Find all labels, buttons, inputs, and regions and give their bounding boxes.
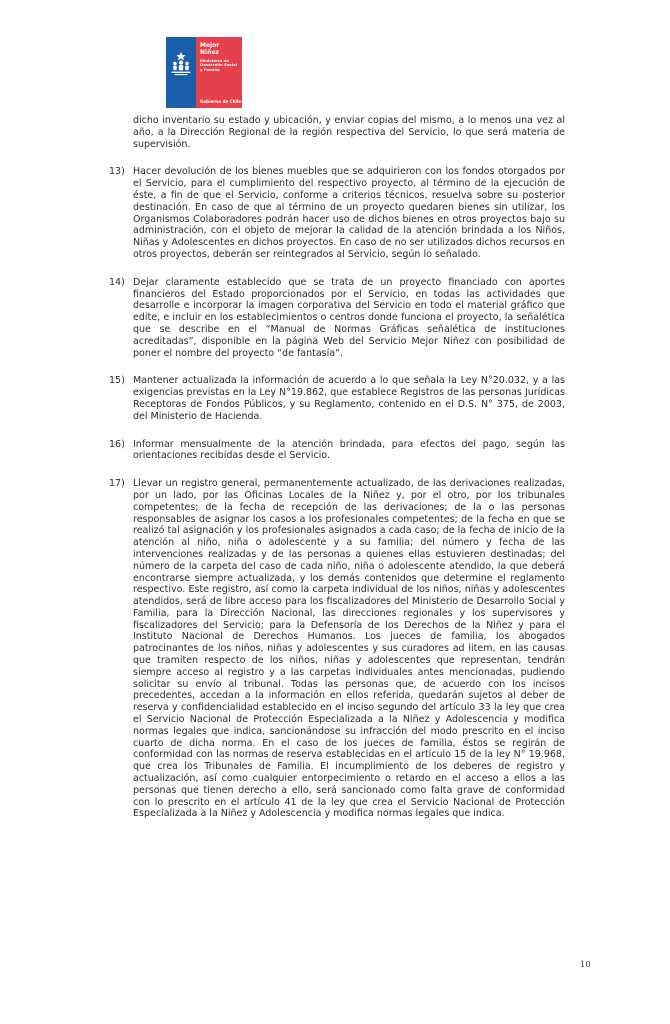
logo-brand-text: Mejor Niñez: [200, 42, 239, 56]
logo-government-text: Gobierno de Chile: [200, 99, 239, 104]
item-14-text: Dejar claramente establecido que se trat…: [133, 277, 565, 360]
chile-coat-of-arms-icon: [170, 37, 192, 82]
item-16-text: Informar mensualmente de la atención bri…: [133, 439, 565, 463]
item-13-text: Hacer devolución de los bienes muebles q…: [133, 166, 565, 260]
item-15-text: Mantener actualizada la información de a…: [133, 375, 565, 422]
logo-red-panel: Mejor Niñez Ministerio de Desarrollo Soc…: [196, 37, 242, 108]
item-17-text: Llevar un registro general, permanenteme…: [133, 478, 565, 820]
document-body: dicho inventario su estado y ubicación, …: [133, 115, 565, 820]
intro-paragraph: dicho inventario su estado y ubicación, …: [133, 115, 565, 150]
item-13-number: 13): [109, 166, 125, 178]
item-17-number: 17): [109, 478, 125, 490]
list-item-14: 14) Dejar claramente establecido que se …: [133, 277, 565, 360]
mejor-ninez-logo: Mejor Niñez Ministerio de Desarrollo Soc…: [166, 37, 242, 108]
logo-ministry-text: Ministerio de Desarrollo Social y Famili…: [200, 59, 239, 73]
item-16-number: 16): [109, 439, 125, 451]
item-14-number: 14): [109, 277, 125, 289]
list-item-15: 15) Mantener actualizada la información …: [133, 375, 565, 422]
list-item-13: 13) Hacer devolución de los bienes muebl…: [133, 166, 565, 260]
list-item-16: 16) Informar mensualmente de la atención…: [133, 439, 565, 463]
list-item-17: 17) Llevar un registro general, permanen…: [133, 478, 565, 820]
logo-ministry-line-3: y Familia: [200, 68, 239, 73]
page-number: 10: [580, 960, 591, 970]
document-page: Mejor Niñez Ministerio de Desarrollo Soc…: [0, 0, 670, 1024]
logo-blue-panel: [166, 37, 196, 108]
item-15-number: 15): [109, 375, 125, 387]
